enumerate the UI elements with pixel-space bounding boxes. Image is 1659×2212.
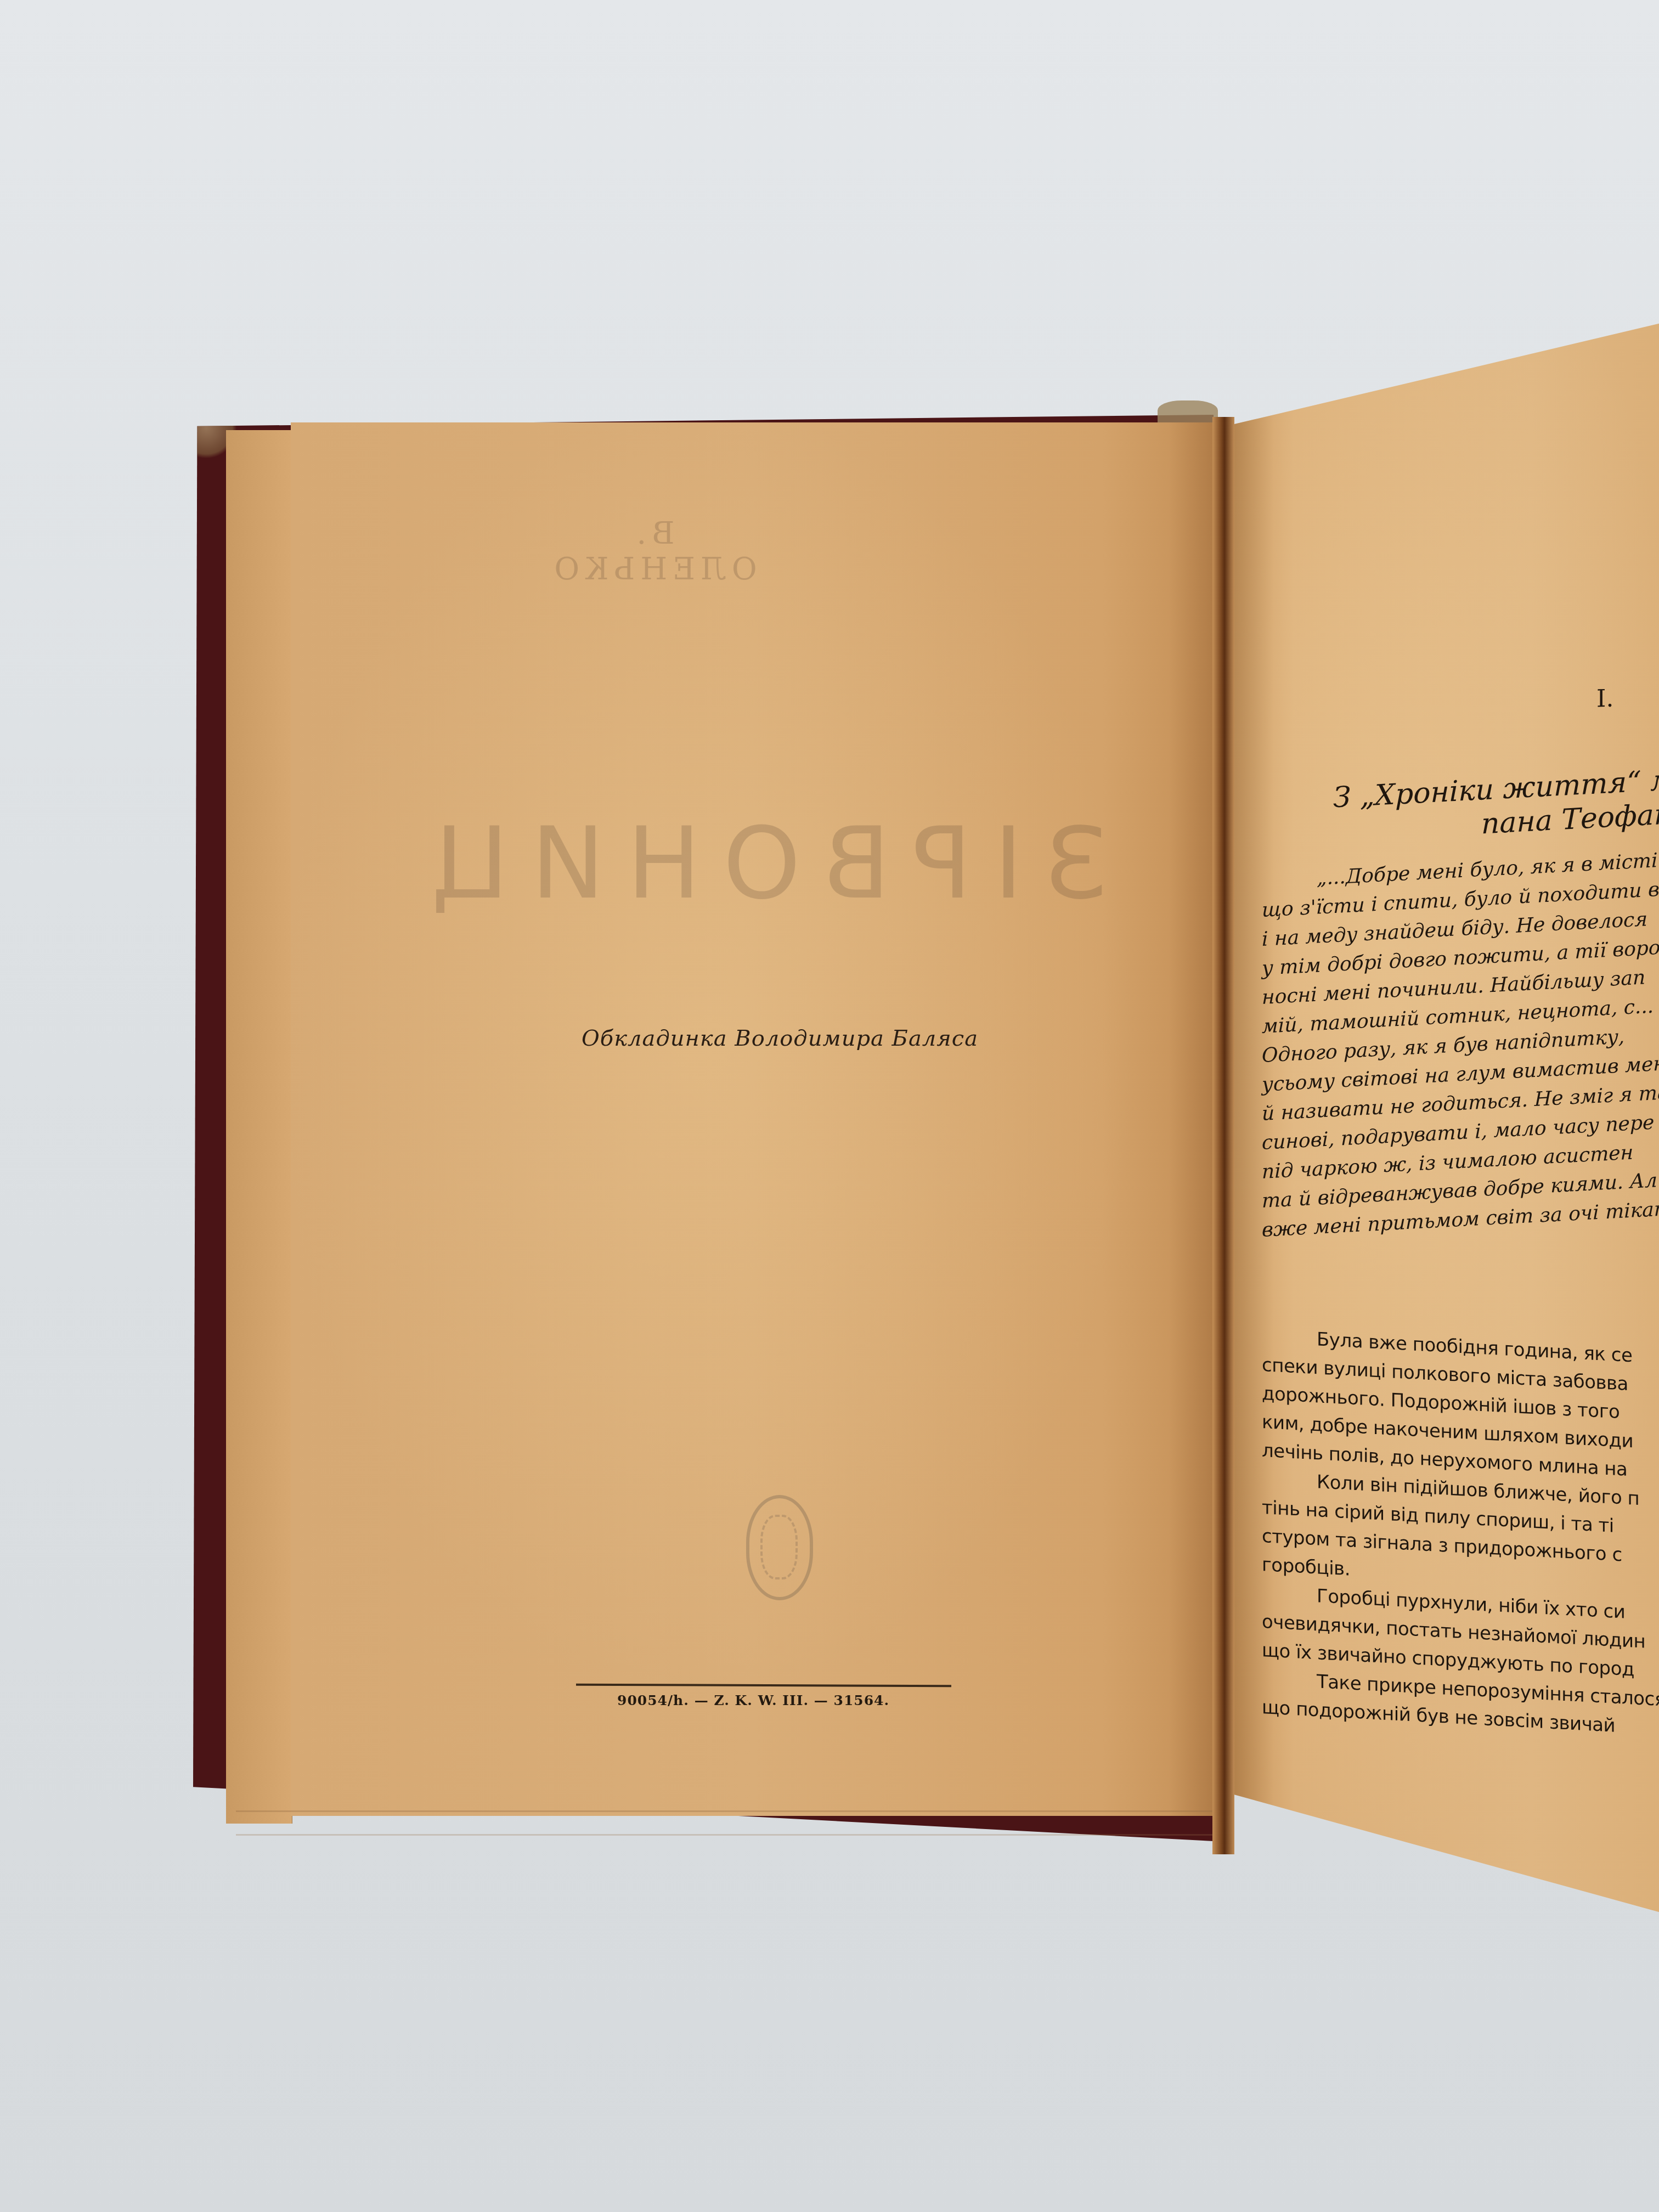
spine-headcap [1158,400,1218,425]
photo-scene: В. ОЛЕНЬКО ЗІРВОНИЦ Обкладинка Володимир… [0,0,1659,2212]
page-bottom-ridge [236,1810,1218,1836]
endpaper-flap [226,430,292,1824]
chapter-number: I. [1596,684,1613,713]
epigraph: „...Добре мені було, як я в місті що з'ї… [1262,841,1659,1245]
body-text: Була вже пообідня година, як се спеки ву… [1262,1322,1659,1747]
publisher-emblem-icon [746,1495,813,1600]
chapter-title: З „Хроніки життя“ ман пана Теофана [1333,755,1659,849]
show-through-title: ЗІРВОНИЦ [494,806,1108,921]
right-page-text: I. З „Хроніки життя“ ман пана Теофана „.… [1256,675,1659,1761]
book-gutter [1212,417,1234,1854]
show-through-author: В. ОЛЕНЬКО [521,516,785,587]
imprint-line: 90054/h. — Z. K. W. III. — 31564. [617,1692,924,1708]
cover-credit: Обкладинка Володимира Баляса [582,1026,1020,1051]
left-page [291,422,1212,1816]
